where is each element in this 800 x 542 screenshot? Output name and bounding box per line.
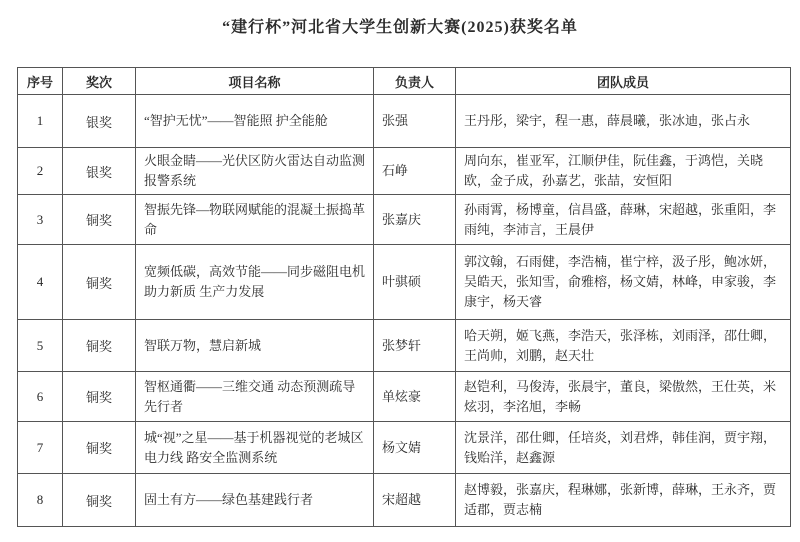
cell-no: 1 xyxy=(18,95,63,148)
cell-no: 5 xyxy=(18,320,63,372)
cell-team: 沈景洋，邵仕卿，任培炎，刘君烨，韩佳润，贾宇翔，钱贻洋，赵鑫源 xyxy=(456,422,791,474)
table-row: 5 铜奖 智联万物，慧启新城 张梦轩 哈天朔，姬飞燕，李浩天，张泽栋，刘雨泽，邵… xyxy=(18,320,791,372)
cell-award: 银奖 xyxy=(63,95,136,148)
cell-leader: 张强 xyxy=(374,95,456,148)
cell-no: 3 xyxy=(18,195,63,245)
cell-no: 4 xyxy=(18,245,63,320)
cell-team: 哈天朔，姬飞燕，李浩天，张泽栋，刘雨泽，邵仕卿，王尚帅，刘鹏，赵天壮 xyxy=(456,320,791,372)
table-row: 8 铜奖 固土有方——绿色基建践行者 宋超越 赵博毅，张嘉庆，程琳娜，张新博，薛… xyxy=(18,474,791,527)
table-row: 6 铜奖 智枢通衢——三维交通 动态预测疏导先行者 单炫豪 赵铠利，马俊涛，张晨… xyxy=(18,372,791,422)
cell-team: 赵博毅，张嘉庆，程琳娜，张新博，薛琳，王永齐，贾适郡，贾志楠 xyxy=(456,474,791,527)
cell-leader: 张嘉庆 xyxy=(374,195,456,245)
cell-leader: 杨文婧 xyxy=(374,422,456,474)
cell-leader: 张梦轩 xyxy=(374,320,456,372)
column-header-no: 序号 xyxy=(18,68,63,95)
cell-project: 固土有方——绿色基建践行者 xyxy=(136,474,374,527)
cell-team: 赵铠利，马俊涛，张晨宇，董良，梁傲然，王仕英，米炫羽，李洺旭，李畅 xyxy=(456,372,791,422)
cell-leader: 单炫豪 xyxy=(374,372,456,422)
column-header-award: 奖次 xyxy=(63,68,136,95)
awards-table: 序号 奖次 项目名称 负责人 团队成员 1 银奖 “智护无忧”——智能照 护全能… xyxy=(17,67,791,527)
header-row: 序号 奖次 项目名称 负责人 团队成员 xyxy=(18,68,791,95)
cell-project: 火眼金睛——光伏区防火雷达自动监测报警系统 xyxy=(136,148,374,195)
cell-award: 铜奖 xyxy=(63,320,136,372)
cell-leader: 宋超越 xyxy=(374,474,456,527)
table-row: 7 铜奖 城“视”之星——基于机器视觉的老城区电力线 路安全监测系统 杨文婧 沈… xyxy=(18,422,791,474)
table-row: 4 铜奖 宽频低碳，高效节能——同步磁阻电机助力新质 生产力发展 叶骐硕 郭汶翰… xyxy=(18,245,791,320)
cell-project: 宽频低碳，高效节能——同步磁阻电机助力新质 生产力发展 xyxy=(136,245,374,320)
cell-project: 城“视”之星——基于机器视觉的老城区电力线 路安全监测系统 xyxy=(136,422,374,474)
cell-project: “智护无忧”——智能照 护全能舱 xyxy=(136,95,374,148)
cell-leader: 石峥 xyxy=(374,148,456,195)
cell-award: 铜奖 xyxy=(63,372,136,422)
table-row: 3 铜奖 智振先锋—物联网赋能的混凝土振捣革命 张嘉庆 孙雨霄，杨博童，信昌盛，… xyxy=(18,195,791,245)
page-title: “建行杯”河北省大学生创新大赛(2025)获奖名单 xyxy=(0,0,800,37)
cell-team: 郭汶翰，石雨健，李浩楠，崔宁梓，汲子彤，鲍冰妍，吴皓天，张知雪，俞雅榕，杨文婧，… xyxy=(456,245,791,320)
cell-award: 铜奖 xyxy=(63,195,136,245)
cell-team: 孙雨霄，杨博童，信昌盛，薛琳，宋超越，张重阳，李雨纯，李沛言，王晨伊 xyxy=(456,195,791,245)
cell-award: 铜奖 xyxy=(63,245,136,320)
table-row: 1 银奖 “智护无忧”——智能照 护全能舱 张强 王丹彤，梁宇，程一惠，薛晨曦，… xyxy=(18,95,791,148)
cell-project: 智振先锋—物联网赋能的混凝土振捣革命 xyxy=(136,195,374,245)
cell-project: 智枢通衢——三维交通 动态预测疏导先行者 xyxy=(136,372,374,422)
cell-team: 周向东，崔亚军，江顺伊佳，阮佳鑫，于鸿恺，关晓欧，金子成，孙嘉艺，张喆，安恒阳 xyxy=(456,148,791,195)
column-header-leader: 负责人 xyxy=(374,68,456,95)
cell-leader: 叶骐硕 xyxy=(374,245,456,320)
cell-award: 银奖 xyxy=(63,148,136,195)
cell-project: 智联万物，慧启新城 xyxy=(136,320,374,372)
table-row: 2 银奖 火眼金睛——光伏区防火雷达自动监测报警系统 石峥 周向东，崔亚军，江顺… xyxy=(18,148,791,195)
cell-award: 铜奖 xyxy=(63,422,136,474)
cell-award: 铜奖 xyxy=(63,474,136,527)
cell-no: 2 xyxy=(18,148,63,195)
cell-no: 6 xyxy=(18,372,63,422)
cell-team: 王丹彤，梁宇，程一惠，薛晨曦，张冰迪，张占永 xyxy=(456,95,791,148)
cell-no: 7 xyxy=(18,422,63,474)
column-header-project: 项目名称 xyxy=(136,68,374,95)
column-header-team: 团队成员 xyxy=(456,68,791,95)
cell-no: 8 xyxy=(18,474,63,527)
